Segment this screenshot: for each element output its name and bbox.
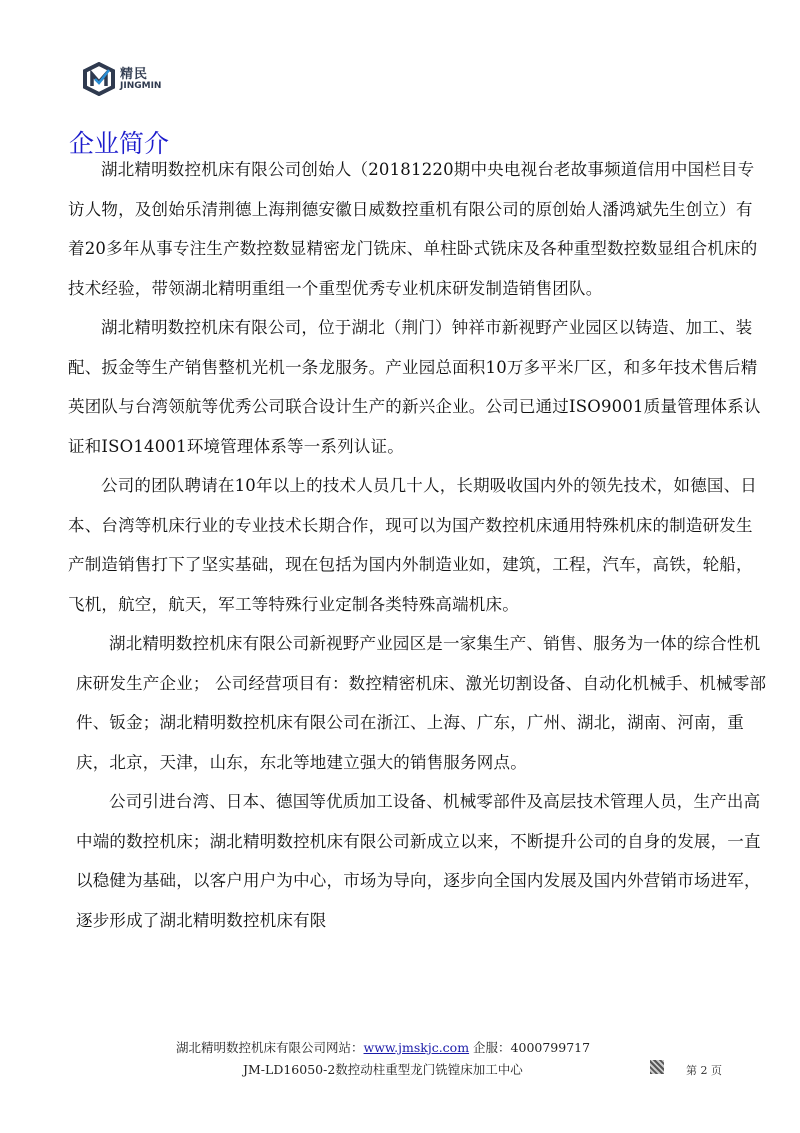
website-link[interactable]: www.jmskjc.com [364, 1040, 470, 1055]
document-body: 湖北精明数控机床有限公司创始人（20181220期中央电视台老故事频道信用中国栏… [68, 150, 768, 940]
footer-company-label: 湖北精明数控机床有限公司网站： [176, 1040, 364, 1055]
paragraph-1: 湖北精明数控机床有限公司创始人（20181220期中央电视台老故事频道信用中国栏… [68, 150, 768, 308]
page-number: 第 2 页 [686, 1062, 722, 1078]
paragraph-2: 湖北精明数控机床有限公司，位于湖北（荆门）钟祥市新视野产业园区以铸造、加工、装配… [68, 308, 768, 466]
footer-product: JM-LD16050-2数控动柱重型龙门铣镗床加工中心 [243, 1060, 523, 1078]
jingmin-logo-icon [82, 62, 116, 96]
company-logo: 精民 JINGMIN [82, 62, 161, 96]
footer-contact: 湖北精明数控机床有限公司网站：www.jmskjc.com 企服：4000799… [176, 1038, 590, 1056]
paragraph-3: 公司的团队聘请在10年以上的技术人员几十人，长期吸收国内外的领先技术，如德国、日… [68, 466, 768, 624]
paragraph-5: 公司引进台湾、日本、德国等优质加工设备、机械零部件及高层技术管理人员，生产出高中… [68, 782, 768, 940]
logo-en-text: JINGMIN [120, 82, 161, 91]
footer-service: 企服：4000799717 [469, 1040, 590, 1055]
qr-code-icon [650, 1060, 664, 1074]
paragraph-4: 湖北精明数控机床有限公司新视野产业园区是一家集生产、销售、服务为一体的综合性机床… [68, 624, 768, 782]
logo-cn-text: 精民 [120, 68, 161, 81]
